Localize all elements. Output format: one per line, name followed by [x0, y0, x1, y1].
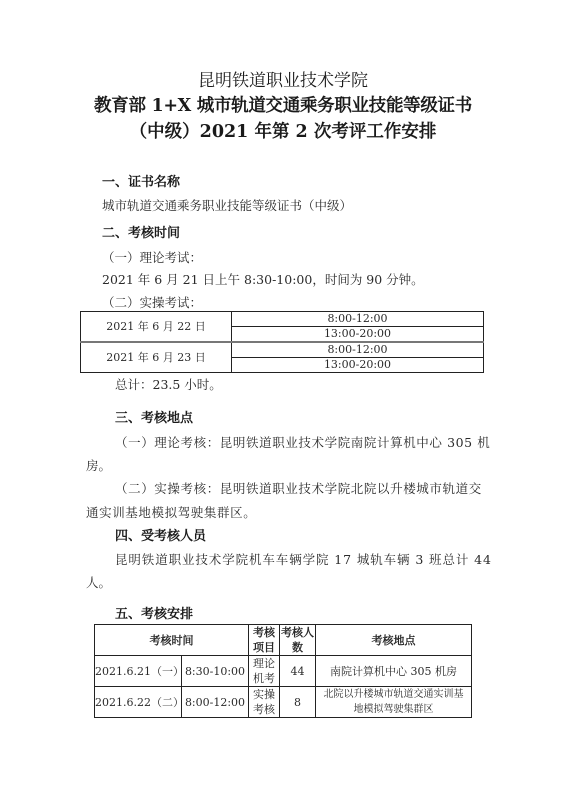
- theory-location-line1: （一）理论考核：昆明铁道职业技术学院南院计算机中心 305 机: [115, 434, 485, 452]
- practical-location-line2: 通实训基地模拟驾驶集群区。: [86, 504, 256, 522]
- table-row: 2021 年 6 月 23 日 8:00-12:00: [81, 342, 484, 358]
- theory-exam-label: （一）理论考试：: [102, 249, 202, 267]
- row-date: 2021.6.22（二）: [95, 687, 182, 718]
- document-title-line2: （中级）2021 年第 2 次考评工作安排: [0, 120, 566, 144]
- header-exam-location: 考核地点: [316, 625, 472, 656]
- row-location: 南院计算机中心 305 机房: [316, 656, 472, 687]
- practical-schedule-table: 2021 年 6 月 22 日 8:00-12:00 13:00-20:00 2…: [80, 311, 484, 373]
- theory-location-line2: 房。: [86, 457, 111, 475]
- school-name: 昆明铁道职业技术学院: [0, 70, 566, 92]
- section2-heading: 二、考核时间: [102, 225, 180, 243]
- row-item: 实操考核: [249, 687, 280, 718]
- section3-heading: 三、考核地点: [115, 410, 193, 428]
- document-title-line1: 教育部 1+X 城市轨道交通乘务职业技能等级证书: [0, 94, 566, 118]
- table-row: 2021.6.21（一） 8:30-10:00 理论机考 44 南院计算机中心 …: [95, 656, 472, 687]
- certificate-name: 城市轨道交通乘务职业技能等级证书（中级）: [102, 197, 352, 215]
- header-exam-time: 考核时间: [95, 625, 249, 656]
- total-hours: 总计：23.5 小时。: [115, 376, 222, 394]
- practical-slot-cell: 13:00-20:00: [232, 327, 484, 343]
- theory-exam-time: 2021 年 6 月 21 日上午 8:30-10:00，时间为 90 分钟。: [102, 271, 424, 289]
- row-date: 2021.6.21（一）: [95, 656, 182, 687]
- practical-location-line1: （二）实操考核：昆明铁道职业技术学院北院以升楼城市轨道交: [115, 480, 482, 498]
- section4-heading: 四、受考核人员: [115, 528, 206, 546]
- header-exam-item: 考核项目: [249, 625, 280, 656]
- header-exam-count: 考核人数: [280, 625, 316, 656]
- row-time: 8:00-12:00: [182, 687, 249, 718]
- section1-heading: 一、证书名称: [102, 174, 180, 192]
- row-location: 北院以升楼城市轨道交通实训基地模拟驾驶集群区: [316, 687, 472, 718]
- row-count: 8: [280, 687, 316, 718]
- practical-exam-label: （二）实操考试：: [102, 294, 202, 312]
- table-row: 2021 年 6 月 22 日 8:00-12:00: [81, 312, 484, 327]
- row-count: 44: [280, 656, 316, 687]
- practical-slot-cell: 8:00-12:00: [232, 342, 484, 358]
- table-header-row: 考核时间 考核项目 考核人数 考核地点: [95, 625, 472, 656]
- practical-date-cell: 2021 年 6 月 22 日: [81, 312, 232, 343]
- table-row: 2021.6.22（二） 8:00-12:00 实操考核 8 北院以升楼城市轨道…: [95, 687, 472, 718]
- practical-date-cell: 2021 年 6 月 23 日: [81, 342, 232, 373]
- examinees-line1: 昆明铁道职业技术学院机车车辆学院 17 城轨车辆 3 班总计 44: [115, 551, 492, 569]
- row-time: 8:30-10:00: [182, 656, 249, 687]
- exam-arrangement-table: 考核时间 考核项目 考核人数 考核地点 2021.6.21（一） 8:30-10…: [94, 624, 472, 718]
- practical-slot-cell: 8:00-12:00: [232, 312, 484, 327]
- row-item: 理论机考: [249, 656, 280, 687]
- examinees-line2: 人。: [86, 574, 111, 592]
- section5-heading: 五、考核安排: [115, 606, 193, 624]
- practical-slot-cell: 13:00-20:00: [232, 358, 484, 373]
